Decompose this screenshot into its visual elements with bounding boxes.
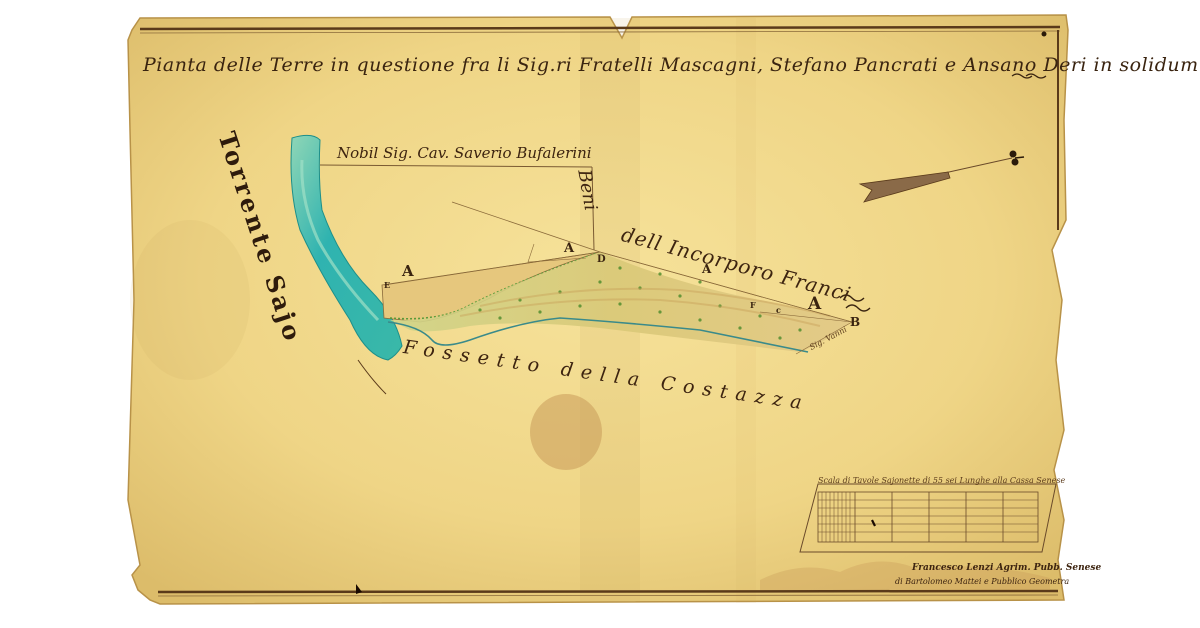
point-b: B (850, 315, 860, 329)
scale-title: Scala di Tavole Sajonette di 55 sei Lung… (818, 476, 1065, 485)
point-a2: A (564, 241, 574, 256)
signature-line-1: Francesco Lenzi Agrim. Pubb. Senese (912, 563, 1101, 573)
stain (530, 394, 602, 470)
point-a3: A (702, 262, 711, 276)
point-d: D (597, 254, 606, 265)
map-title: Pianta delle Terre in questione fra li S… (143, 54, 1199, 76)
point-c: c (776, 305, 781, 315)
map-sheet: Pianta delle Terre in questione fra li S… (0, 0, 1200, 628)
map-canvas (0, 0, 1200, 628)
point-e: E (384, 280, 390, 290)
point-a4: A (808, 294, 821, 314)
signature-line-2: di Bartolomeo Mattei e Pubblico Geometra (895, 577, 1069, 586)
point-f: F (750, 300, 756, 310)
point-a1: A (402, 262, 414, 280)
label-owner-north: Nobil Sig. Cav. Saverio Bufalerini (337, 144, 592, 162)
